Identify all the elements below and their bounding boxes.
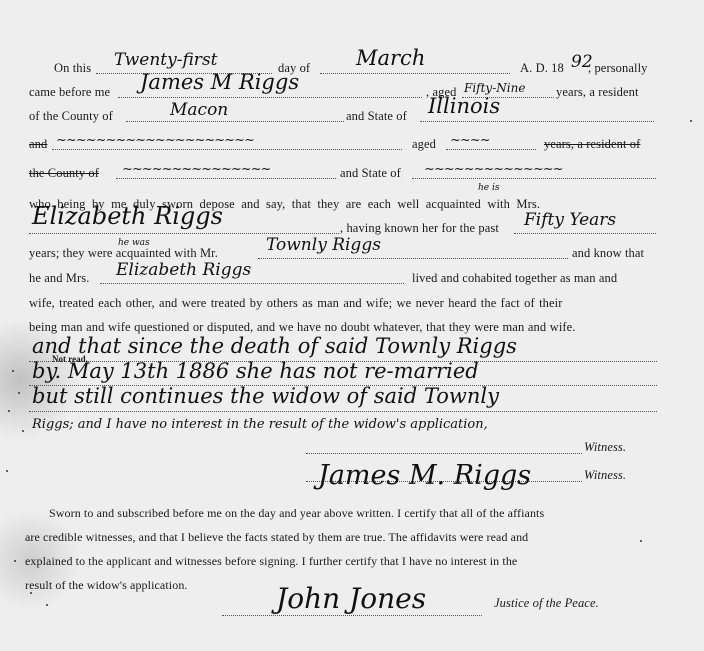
justice-signature: John Jones	[276, 582, 426, 615]
county-of-label-2: the County of	[29, 163, 99, 183]
struck-name-scrawl: ~~~~~~~~~~~~~~~~~~~~	[56, 131, 254, 151]
state-of-label-2: and State of	[340, 163, 401, 183]
jurat-text-1: Sworn to and subscribed before me on the…	[49, 503, 544, 523]
years-resident-label: years, a resident	[556, 82, 639, 102]
state-of-label: and State of	[346, 106, 407, 126]
second-residence-line: the County of ~~~~~~~~~~~~~~~ and State …	[0, 163, 704, 183]
struck-county-scrawl: ~~~~~~~~~~~~~~~	[122, 160, 270, 180]
affiant-line: came before me James M Riggs , aged Fift…	[0, 82, 704, 102]
justice-title: Justice of the Peace.	[494, 596, 599, 611]
aged-label-2: aged	[412, 134, 436, 154]
month-handwritten: March	[356, 48, 425, 68]
he-and-mrs-label: he and Mrs.	[29, 268, 89, 288]
years-resident-of-label: years, a resident of	[544, 134, 640, 154]
struck-state-scrawl: ~~~~~~~~~~~~~~	[424, 160, 563, 180]
addendum-line-1: and that since the death of said Townly …	[32, 334, 517, 358]
personally-label: , personally	[588, 58, 648, 78]
county-handwritten: Macon	[170, 100, 228, 120]
addendum-line-3: but still continues the widow of said To…	[32, 384, 499, 408]
date-line: On this Twenty-first day of March A. D. …	[0, 58, 704, 78]
addendum-line-2: by. May 13th 1886 she has not re-married	[32, 359, 479, 383]
jurat-text-3: explained to the applicant and witnesses…	[25, 551, 517, 571]
residence-line: of the County of Macon and State of Illi…	[0, 106, 704, 126]
day-handwritten: Twenty-first	[114, 50, 218, 70]
widow-name-handwritten: Elizabeth Riggs	[32, 206, 223, 226]
husband-line: he was years; they were acquainted with …	[0, 243, 704, 263]
and-know-that-label: and know that	[572, 243, 644, 263]
jurat-line-1: Sworn to and subscribed before me on the…	[0, 503, 704, 523]
county-of-label: of the County of	[29, 106, 113, 126]
on-this-label: On this	[54, 58, 91, 78]
duration-handwritten: Fifty Years	[524, 210, 616, 230]
treated-line: wife, treated each other, and were treat…	[0, 293, 704, 313]
jurat-text-4: result of the widow's application.	[25, 575, 188, 595]
cohabited-line: he and Mrs. Elizabeth Riggs lived and co…	[0, 268, 704, 288]
second-affiant-line: and ~~~~~~~~~~~~~~~~~~~~ aged ~~~~ years…	[0, 134, 704, 154]
jurat-text-2: are credible witnesses, and that I belie…	[25, 527, 528, 547]
jurat-line-3: explained to the applicant and witnesses…	[0, 551, 704, 571]
state-handwritten: Illinois	[428, 96, 500, 116]
husband-name-handwritten: Townly Riggs	[266, 235, 381, 255]
affiant-name-handwritten: James M Riggs	[140, 72, 299, 92]
witness-label-2: Witness.	[584, 468, 626, 483]
struck-age-scrawl: ~~~~	[450, 131, 490, 151]
treated-text: wife, treated each other, and were treat…	[29, 293, 562, 313]
jurat-line-2: are credible witnesses, and that I belie…	[0, 527, 704, 547]
witness-label-1: Witness.	[584, 440, 626, 455]
widow-name-handwritten-2: Elizabeth Riggs	[116, 260, 251, 280]
witness-signature: James M. Riggs	[318, 460, 531, 491]
and-label: and	[29, 134, 47, 154]
affidavit-page: On this Twenty-first day of March A. D. …	[0, 0, 704, 651]
addendum-line-4: Riggs; and I have no interest in the res…	[32, 417, 488, 432]
lived-cohabited-text: lived and cohabited together as man and	[412, 268, 617, 288]
came-before-me-label: came before me	[29, 82, 110, 102]
ad-label: A. D. 18	[520, 58, 564, 78]
